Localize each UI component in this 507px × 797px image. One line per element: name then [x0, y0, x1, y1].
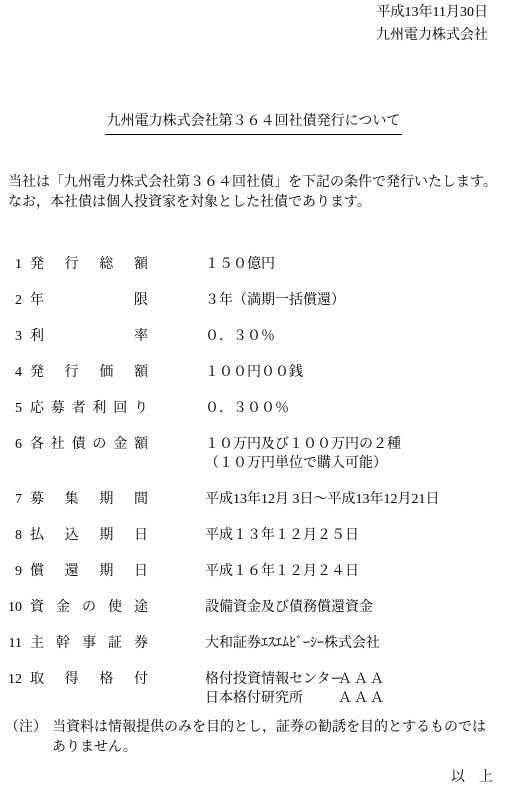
term-label-char: 込: [65, 526, 79, 545]
term-label-char: 還: [65, 562, 79, 581]
term-label-char: 額: [134, 363, 148, 382]
intro-line-1: 当社は「九州電力株式会社第３６４回社債」を下記の条件で発行いたします。: [8, 173, 503, 193]
term-label: 発行総額: [30, 255, 148, 274]
term-value: １０万円及び１００万円の２種（１０万円単位で購入可能）: [205, 435, 401, 473]
term-label: 発行価額: [30, 363, 148, 382]
term-row: 1発行総額１５０億円: [0, 255, 507, 274]
term-label-char: 利: [92, 399, 106, 418]
term-value-line: 大和証券ｴｽｴﾑﾋﾞｰｼｰ株式会社: [205, 634, 380, 653]
term-label-char: 行: [65, 255, 79, 274]
term-label-char: 回: [113, 399, 127, 418]
term-label-char: 資: [30, 598, 44, 617]
rating-agency: 日本格付研究所: [205, 689, 338, 708]
term-value-line: ３年（満期一括償還）: [205, 291, 345, 310]
intro-line-2: なお，本社債は個人投資家を対象とした社債であります。: [8, 193, 503, 213]
term-row: 4発行価額１００円００銭: [0, 363, 507, 382]
term-number: 5: [0, 399, 22, 418]
term-value: 大和証券ｴｽｴﾑﾋﾞｰｼｰ株式会社: [205, 634, 380, 653]
document-page: 平成13年11月30日 九州電力株式会社 九州電力株式会社第３６４回社債発行につ…: [0, 0, 507, 797]
term-label-char: 債: [72, 435, 86, 454]
term-label-char: 証: [108, 634, 122, 653]
rating-value: ＡＡＡ: [338, 689, 386, 708]
term-value: 格付投資情報センターＡＡＡ日本格付研究所ＡＡＡ: [205, 670, 386, 708]
term-label-char: 金: [56, 598, 70, 617]
term-row: 8払込期日平成１３年１２月２５日: [0, 526, 507, 545]
term-number: 12: [0, 670, 22, 689]
term-label-char: 主: [30, 634, 44, 653]
term-label-char: の: [92, 435, 106, 454]
term-value: 平成１３年１２月２５日: [205, 526, 359, 545]
term-number: 8: [0, 526, 22, 545]
term-label-char: 事: [82, 634, 96, 653]
rating-line: 日本格付研究所ＡＡＡ: [205, 689, 386, 708]
term-label-char: 償: [30, 562, 44, 581]
term-value-line: ０．３０％: [205, 327, 275, 346]
term-label-char: の: [82, 598, 96, 617]
term-value: 平成13年12月 3日～平成13年12月21日: [205, 490, 440, 509]
page-title-text: 九州電力株式会社第３６４回社債発行について: [105, 112, 403, 135]
term-row: 6各社債の金額１０万円及び１００万円の２種（１０万円単位で購入可能）: [0, 435, 507, 473]
term-label-char: 者: [72, 399, 86, 418]
term-row: 7募集期間平成13年12月 3日～平成13年12月21日: [0, 490, 507, 509]
term-label-char: 限: [134, 291, 148, 310]
term-row: 11主幹事証券大和証券ｴｽｴﾑﾋﾞｰｼｰ株式会社: [0, 634, 507, 653]
term-label: 主幹事証券: [30, 634, 148, 653]
header-company-name: 九州電力株式会社: [376, 26, 488, 45]
footnote-line-2: ありません。: [52, 738, 486, 758]
footnote: （注） 当資料は情報提供のみを目的とし，証券の勧誘を目的とするものでは ありませ…: [5, 718, 503, 758]
term-label-char: 途: [134, 598, 148, 617]
term-label-char: 期: [99, 526, 113, 545]
term-label-char: 幹: [56, 634, 70, 653]
term-label-char: 年: [30, 291, 44, 310]
term-number: 4: [0, 363, 22, 382]
term-label: 償還期日: [30, 562, 148, 581]
term-value-line: 平成１３年１２月２５日: [205, 526, 359, 545]
rating-agency: 格付投資情報センター: [205, 670, 338, 689]
term-label-char: 日: [134, 526, 148, 545]
term-label-char: 期: [99, 562, 113, 581]
term-label-char: 社: [51, 435, 65, 454]
term-value-line: １０万円及び１００万円の２種: [205, 435, 401, 454]
term-value: 設備資金及び債務償還資金: [205, 598, 373, 617]
term-number: 6: [0, 435, 22, 454]
term-label: 年限: [30, 291, 148, 310]
term-label-char: 券: [134, 634, 148, 653]
term-label-char: 日: [134, 562, 148, 581]
term-label: 利率: [30, 327, 148, 346]
term-value-line: １００円００銭: [205, 363, 303, 382]
term-label-char: 率: [134, 327, 148, 346]
term-label: 資金の使途: [30, 598, 148, 617]
term-label: 各社債の金額: [30, 435, 148, 454]
term-value-line: （１０万円単位で購入可能）: [205, 454, 401, 473]
term-row: 10資金の使途設備資金及び債務償還資金: [0, 598, 507, 617]
term-row: 9償還期日平成１６年１２月２４日: [0, 562, 507, 581]
term-label: 応募者利回り: [30, 399, 148, 418]
term-label-char: 発: [30, 363, 44, 382]
term-label-char: 間: [134, 490, 148, 509]
footnote-text: 当資料は情報提供のみを目的とし，証券の勧誘を目的とするものでは ありません。: [52, 718, 486, 758]
bond-terms-list: 1発行総額１５０億円2年限３年（満期一括償還）3利率０．３０％4発行価額１００円…: [0, 255, 507, 725]
term-number: 3: [0, 327, 22, 346]
intro-paragraph: 当社は「九州電力株式会社第３６４回社債」を下記の条件で発行いたします。 なお，本…: [8, 173, 503, 213]
term-value: ０．３００％: [205, 399, 289, 418]
footnote-marker: （注）: [5, 718, 52, 758]
term-row: 5応募者利回り０．３００％: [0, 399, 507, 418]
term-row: 2年限３年（満期一括償還）: [0, 291, 507, 310]
rating-line: 格付投資情報センターＡＡＡ: [205, 670, 386, 689]
term-label-char: 期: [99, 490, 113, 509]
term-label: 払込期日: [30, 526, 148, 545]
term-label-char: り: [134, 399, 148, 418]
header-date: 平成13年11月30日: [377, 3, 488, 22]
term-label-char: 集: [65, 490, 79, 509]
term-label-char: 募: [51, 399, 65, 418]
term-value: １００円００銭: [205, 363, 303, 382]
term-number: 7: [0, 490, 22, 509]
term-row: 3利率０．３０％: [0, 327, 507, 346]
term-number: 11: [0, 634, 22, 653]
term-label-char: 取: [30, 670, 44, 689]
term-value: ０．３０％: [205, 327, 275, 346]
closing-mark: 以 上: [451, 768, 493, 787]
term-label-char: 行: [65, 363, 79, 382]
term-value-line: 平成１６年１２月２４日: [205, 562, 359, 581]
footnote-line-1: 当資料は情報提供のみを目的とし，証券の勧誘を目的とするものでは: [52, 718, 486, 738]
term-label-char: 額: [134, 255, 148, 274]
term-number: 9: [0, 562, 22, 581]
term-value: ３年（満期一括償還）: [205, 291, 345, 310]
term-number: 1: [0, 255, 22, 274]
term-value-line: 設備資金及び債務償還資金: [205, 598, 373, 617]
term-value-line: ０．３００％: [205, 399, 289, 418]
term-label-char: 付: [134, 670, 148, 689]
term-row: 12取得格付格付投資情報センターＡＡＡ日本格付研究所ＡＡＡ: [0, 670, 507, 708]
term-label-char: 発: [30, 255, 44, 274]
term-label-char: 総: [99, 255, 113, 274]
term-label-char: 応: [30, 399, 44, 418]
term-value-line: 平成13年12月 3日～平成13年12月21日: [205, 490, 440, 509]
term-label-char: 利: [30, 327, 44, 346]
term-label-char: 得: [65, 670, 79, 689]
term-label-char: 格: [99, 670, 113, 689]
term-label-char: 募: [30, 490, 44, 509]
term-number: 10: [0, 598, 22, 617]
term-label-char: 価: [99, 363, 113, 382]
page-title: 九州電力株式会社第３６４回社債発行について: [0, 112, 507, 135]
term-label-char: 金: [113, 435, 127, 454]
term-label-char: 払: [30, 526, 44, 545]
term-number: 2: [0, 291, 22, 310]
rating-value: ＡＡＡ: [338, 670, 386, 689]
term-label: 募集期間: [30, 490, 148, 509]
term-label-char: 各: [30, 435, 44, 454]
term-label-char: 額: [134, 435, 148, 454]
term-value: 平成１６年１２月２４日: [205, 562, 359, 581]
term-label-char: 使: [108, 598, 122, 617]
term-value: １５０億円: [205, 255, 275, 274]
term-value-line: １５０億円: [205, 255, 275, 274]
term-label: 取得格付: [30, 670, 148, 689]
